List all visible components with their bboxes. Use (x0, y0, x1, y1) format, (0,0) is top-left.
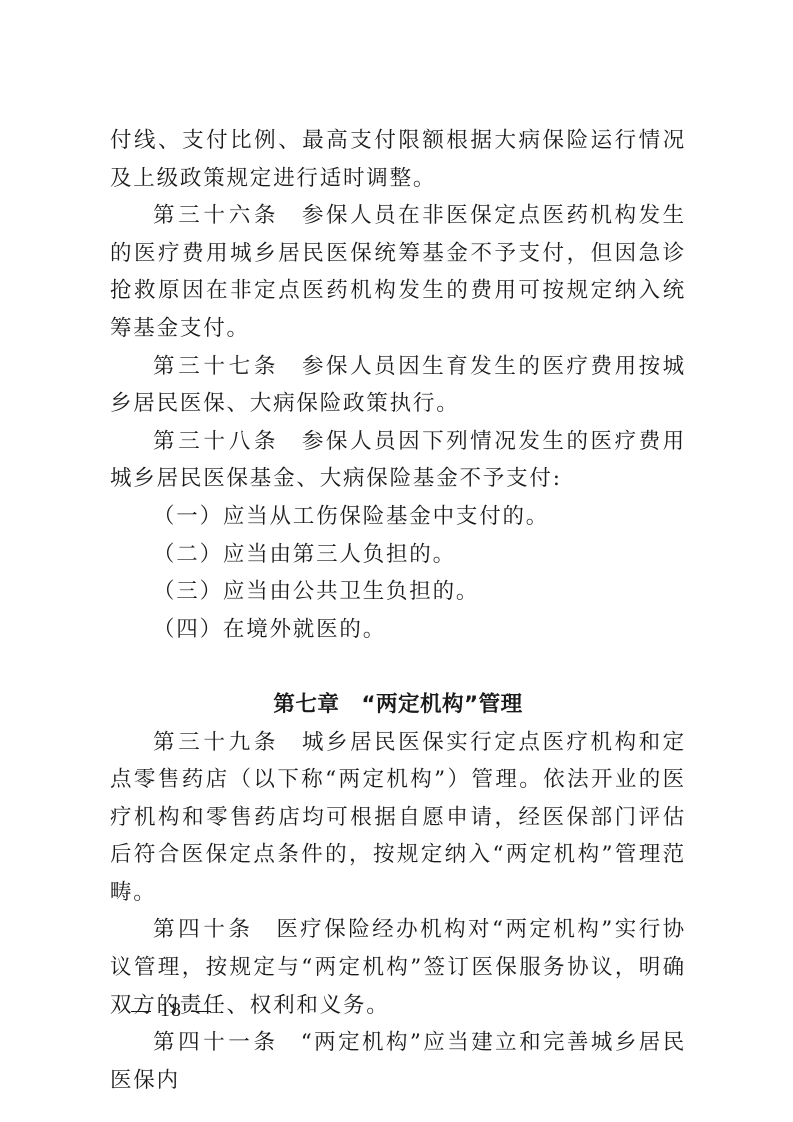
list-item: （四）在境外就医的。 (110, 611, 686, 649)
article-label: 第三十八条 (153, 429, 279, 454)
article-text: 城乡居民医保实行定点医疗机构和定点零售药店（以下称“两定机构”）管理。依法开业的… (110, 730, 686, 905)
article-label: 第四十一条 (153, 1030, 279, 1055)
article-37: 第三十七条参保人员因生育发生的医疗费用按城乡居民医保、大病保险政策执行。 (110, 348, 686, 423)
list-item: （一）应当从工伤保险基金中支付的。 (110, 498, 686, 536)
paragraph-text: 付线、支付比例、最高支付限额根据大病保险运行情况及上级政策规定进行适时调整。 (110, 128, 686, 191)
list-item: （二）应当由第三人负担的。 (110, 536, 686, 574)
section-spacer (110, 648, 686, 686)
article-38: 第三十八条参保人员因下列情况发生的医疗费用城乡居民医保基金、大病保险基金不予支付… (110, 423, 686, 498)
list-item: （三）应当由公共卫生负担的。 (110, 573, 686, 611)
article-label: 第三十六条 (153, 203, 279, 228)
article-41: 第四十一条“两定机构”应当建立和完善城乡居民医保内 (110, 1024, 686, 1099)
dash-right (191, 1011, 211, 1012)
article-label: 第三十九条 (153, 730, 279, 755)
document-page: 付线、支付比例、最高支付限额根据大病保险运行情况及上级政策规定进行适时调整。 第… (110, 122, 686, 1099)
chapter-heading: 第七章 “两定机构”管理 (110, 686, 686, 724)
article-label: 第三十七条 (153, 354, 279, 379)
page-number: 18 (160, 999, 182, 1021)
article-label: 第四十条 (153, 917, 254, 942)
page-number-footer: 18 (122, 999, 220, 1022)
article-39: 第三十九条城乡居民医保实行定点医疗机构和定点零售药店（以下称“两定机构”）管理。… (110, 724, 686, 912)
dash-left (131, 1011, 151, 1012)
paragraph-continuation: 付线、支付比例、最高支付限额根据大病保险运行情况及上级政策规定进行适时调整。 (110, 122, 686, 197)
article-36: 第三十六条参保人员在非医保定点医药机构发生的医疗费用城乡居民医保统筹基金不予支付… (110, 197, 686, 347)
